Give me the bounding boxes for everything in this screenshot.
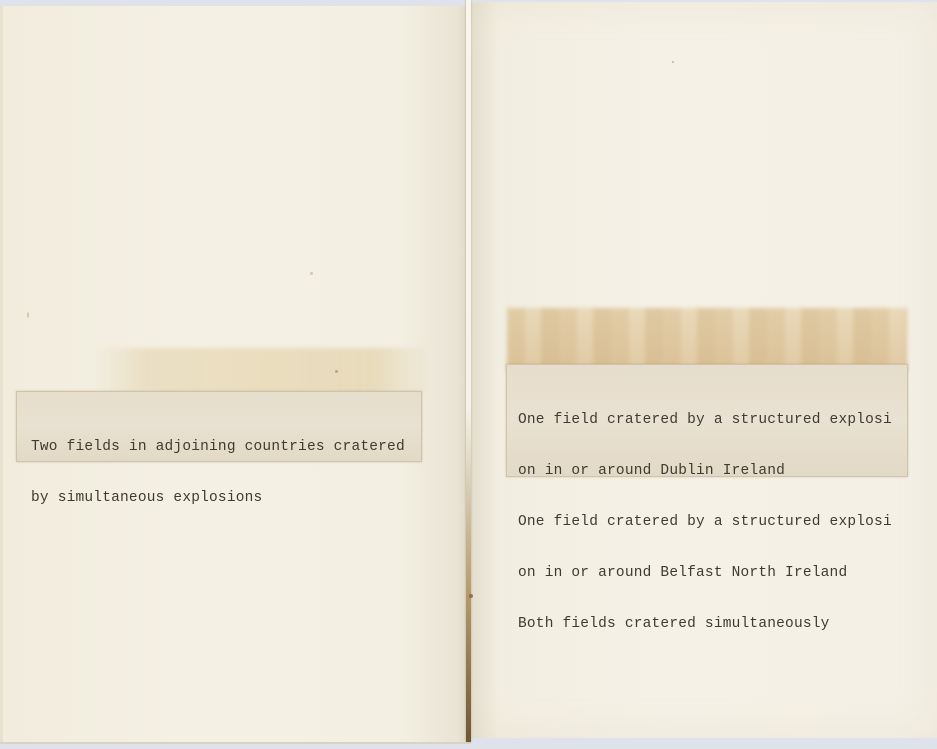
right-label-line: One field cratered by a structured explo… — [518, 412, 892, 429]
paper-speck — [335, 370, 338, 373]
right-label-line: on in or around Belfast North Ireland — [518, 565, 892, 582]
left-label-line: by simultaneous explosions — [31, 490, 405, 507]
booklet-spread: Two fields in adjoining countries crater… — [0, 0, 937, 749]
left-glue-stain — [95, 348, 425, 394]
paper-speck — [310, 272, 313, 275]
right-label-line: on in or around Dublin Ireland — [518, 463, 892, 480]
right-label-line: Both fields cratered simultaneously — [518, 616, 892, 633]
right-glue-stain — [507, 308, 907, 372]
right-typed-label: One field cratered by a structured explo… — [506, 364, 908, 477]
book-gutter — [466, 0, 471, 742]
paper-speck — [672, 61, 674, 63]
paper-speck — [27, 312, 29, 318]
right-label-line: One field cratered by a structured explo… — [518, 514, 892, 531]
left-label-line: Two fields in adjoining countries crater… — [31, 439, 405, 456]
paper-speck — [469, 594, 473, 598]
left-typed-label: Two fields in adjoining countries crater… — [16, 391, 422, 462]
